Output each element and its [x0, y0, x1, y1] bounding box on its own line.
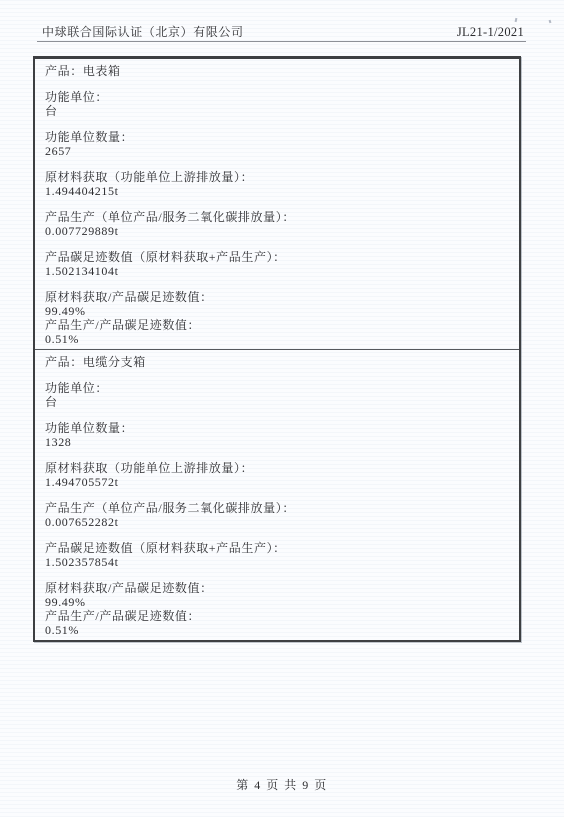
- unit-count-block: 功能单位数量： 1328: [45, 421, 509, 449]
- production-ratio-value: 0.51%: [45, 623, 509, 637]
- document-page: 中球联合国际认证（北京）有限公司 JL21-1/2021 产品：电表箱 功能单位…: [0, 0, 564, 817]
- unit-count-label: 功能单位数量：: [45, 130, 509, 144]
- production-value: 0.007652282t: [45, 515, 509, 529]
- production-block: 产品生产（单位产品/服务二氧化碳排放量）： 0.007729889t: [45, 210, 509, 238]
- page-header: 中球联合国际认证（北京）有限公司 JL21-1/2021: [42, 23, 524, 40]
- footprint-value: 1.502357854t: [45, 555, 509, 569]
- functional-unit-block: 功能单位： 台: [45, 90, 509, 118]
- functional-unit-value: 台: [45, 104, 509, 118]
- production-ratio-label: 产品生产/产品碳足迹数值：: [45, 609, 509, 623]
- product-title-block: 产品：电表箱: [45, 64, 509, 78]
- raw-material-label: 原材料获取（功能单位上游排放量）：: [45, 461, 509, 475]
- page-number: 第 4 页 共 9 页: [236, 778, 328, 792]
- product-name: 电缆分支箱: [83, 355, 146, 369]
- production-ratio-value: 0.51%: [45, 332, 509, 346]
- production-block: 产品生产（单位产品/服务二氧化碳排放量）： 0.007652282t: [45, 501, 509, 529]
- raw-material-block: 原材料获取（功能单位上游排放量）： 1.494404215t: [45, 170, 509, 198]
- production-label: 产品生产（单位产品/服务二氧化碳排放量）：: [45, 501, 509, 515]
- product-label: 产品：: [45, 64, 83, 78]
- company-name: 中球联合国际认证（北京）有限公司: [42, 23, 244, 40]
- footprint-label: 产品碳足迹数值（原材料获取+产品生产）：: [45, 250, 509, 264]
- unit-count-label: 功能单位数量：: [45, 421, 509, 435]
- footprint-value: 1.502134104t: [45, 264, 509, 278]
- product-section-cable-branch-box: 产品：电缆分支箱 功能单位： 台 功能单位数量： 1328 原材料获取（功能单位…: [35, 350, 519, 640]
- scan-artifact: [515, 18, 518, 22]
- functional-unit-label: 功能单位：: [45, 90, 509, 104]
- raw-material-value: 1.494705572t: [45, 475, 509, 489]
- raw-material-label: 原材料获取（功能单位上游排放量）：: [45, 170, 509, 184]
- footprint-block: 产品碳足迹数值（原材料获取+产品生产）： 1.502357854t: [45, 541, 509, 569]
- product-title: 产品：电表箱: [45, 64, 509, 78]
- functional-unit-label: 功能单位：: [45, 381, 509, 395]
- unit-count-value: 1328: [45, 435, 509, 449]
- production-label: 产品生产（单位产品/服务二氧化碳排放量）：: [45, 210, 509, 224]
- ratio-block: 原材料获取/产品碳足迹数值： 99.49% 产品生产/产品碳足迹数值： 0.51…: [45, 290, 509, 346]
- raw-ratio-label: 原材料获取/产品碳足迹数值：: [45, 581, 509, 595]
- raw-ratio-label: 原材料获取/产品碳足迹数值：: [45, 290, 509, 304]
- raw-ratio-value: 99.49%: [45, 595, 509, 609]
- raw-material-value: 1.494404215t: [45, 184, 509, 198]
- unit-count-value: 2657: [45, 144, 509, 158]
- unit-count-block: 功能单位数量： 2657: [45, 130, 509, 158]
- product-title-block: 产品：电缆分支箱: [45, 355, 509, 369]
- document-number: JL21-1/2021: [457, 25, 524, 40]
- production-ratio-label: 产品生产/产品碳足迹数值：: [45, 318, 509, 332]
- header-rule: [37, 41, 526, 42]
- product-name: 电表箱: [83, 64, 121, 78]
- product-section-meter-box: 产品：电表箱 功能单位： 台 功能单位数量： 2657 原材料获取（功能单位上游…: [35, 59, 519, 349]
- footprint-label: 产品碳足迹数值（原材料获取+产品生产）：: [45, 541, 509, 555]
- raw-material-block: 原材料获取（功能单位上游排放量）： 1.494705572t: [45, 461, 509, 489]
- functional-unit-block: 功能单位： 台: [45, 381, 509, 409]
- scan-artifact: [549, 20, 552, 23]
- product-title: 产品：电缆分支箱: [45, 355, 509, 369]
- functional-unit-value: 台: [45, 395, 509, 409]
- production-value: 0.007729889t: [45, 224, 509, 238]
- product-data-table: 产品：电表箱 功能单位： 台 功能单位数量： 2657 原材料获取（功能单位上游…: [33, 56, 521, 642]
- product-label: 产品：: [45, 355, 83, 369]
- ratio-block: 原材料获取/产品碳足迹数值： 99.49% 产品生产/产品碳足迹数值： 0.51…: [45, 581, 509, 637]
- raw-ratio-value: 99.49%: [45, 304, 509, 318]
- page-footer: 第 4 页 共 9 页: [0, 776, 564, 793]
- footprint-block: 产品碳足迹数值（原材料获取+产品生产）： 1.502134104t: [45, 250, 509, 278]
